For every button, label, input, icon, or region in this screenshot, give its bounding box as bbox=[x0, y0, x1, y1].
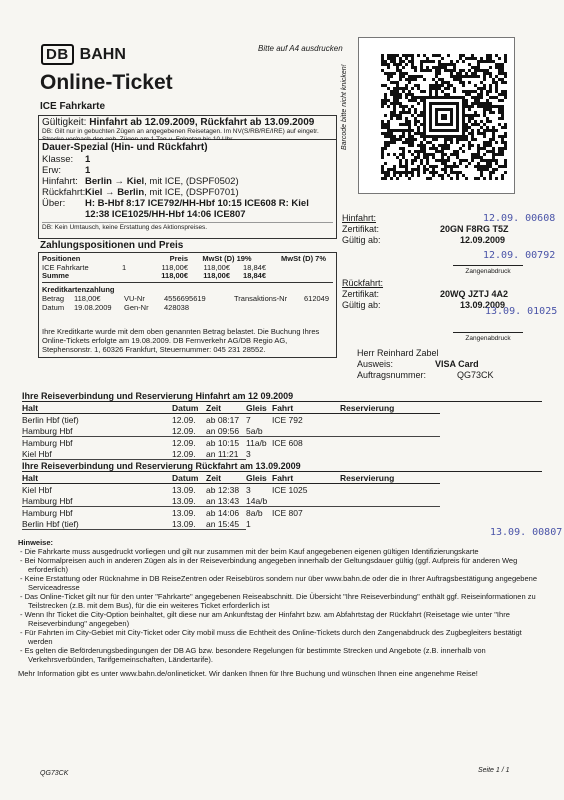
hinweis-item: - Die Fahrkarte muss ausgedruckt vorlieg… bbox=[18, 547, 546, 556]
hin-zert: 20GN F8RG T5Z bbox=[440, 224, 509, 235]
payment-info-box: Ihre Kreditkarte wurde mit dem oben gena… bbox=[38, 324, 337, 358]
hinweis-item: - Wenn Ihr Ticket die City-Option beinha… bbox=[18, 610, 546, 628]
table-cell bbox=[272, 518, 340, 530]
ticket-row: Erw:1 bbox=[42, 165, 333, 176]
passenger-name: Herr Reinhard Zabel bbox=[357, 348, 557, 359]
column-header: Reservierung bbox=[340, 472, 440, 484]
column-header: Zeit bbox=[206, 472, 246, 484]
vu-value: 4556695619 bbox=[164, 294, 234, 303]
table-cell: ab 10:15 bbox=[206, 437, 246, 449]
gen-value: 428038 bbox=[164, 303, 234, 312]
table-cell bbox=[340, 484, 440, 496]
column-header: Zeit bbox=[206, 402, 246, 414]
validity-box: Gültigkeit: Hinfahrt ab 12.09.2009, Rück… bbox=[38, 115, 337, 140]
ticket-row-label: Erw: bbox=[42, 165, 85, 176]
outbound-connection: Ihre Reiseverbindung und Reservierung Hi… bbox=[22, 391, 542, 460]
ticket-note: DB: Kein Umtausch, keine Erstattung des … bbox=[42, 222, 333, 232]
table-cell bbox=[340, 448, 440, 460]
datum-label: Datum bbox=[42, 303, 74, 312]
validity-label: Gültigkeit: bbox=[42, 117, 86, 128]
table-cell: ab 08:17 bbox=[206, 414, 246, 426]
footer-order-number: QG73CK bbox=[40, 770, 68, 777]
outbound-table: HaltDatumZeitGleisFahrtReservierungBerli… bbox=[22, 402, 440, 460]
return-connection: Ihre Reiseverbindung und Reservierung Rü… bbox=[22, 461, 542, 530]
table-cell bbox=[340, 495, 440, 507]
trans-label: Transaktions-Nr bbox=[234, 294, 304, 303]
table-cell: an 15:45 bbox=[206, 518, 246, 530]
datum-value: 19.08.2009 bbox=[74, 303, 124, 312]
hinweise-section: Hinweise: - Die Fahrkarte muss ausgedruc… bbox=[18, 538, 546, 678]
payment-sum-row: Summe 118,00€ 118,00€ 18,84€ bbox=[42, 272, 333, 283]
table-cell: 3 bbox=[246, 484, 272, 496]
validity-value: Hinfahrt ab 12.09.2009, Rückfahrt ab 13.… bbox=[89, 117, 314, 128]
trans-value: 612049 bbox=[304, 294, 334, 303]
table-cell: 3 bbox=[246, 448, 272, 460]
table-cell: an 11:21 bbox=[206, 448, 246, 460]
conductor-stamp-2: 12.09. 00792 bbox=[483, 250, 555, 261]
betrag-value: 118,00€ bbox=[74, 294, 124, 303]
table-cell bbox=[340, 518, 440, 530]
hinweise-list: - Die Fahrkarte muss ausgedruckt vorlieg… bbox=[18, 547, 546, 664]
passenger-info: Herr Reinhard Zabel Ausweis:VISA Card Au… bbox=[357, 348, 557, 381]
sum-net19: 118,00€ bbox=[188, 272, 230, 281]
table-cell: ICE 608 bbox=[272, 437, 340, 449]
table-cell: 13.09. bbox=[172, 495, 206, 507]
table-cell: Kiel Hbf bbox=[22, 484, 172, 496]
col-mwst7: MwSt (D) 7% bbox=[266, 255, 326, 264]
table-cell: 13.09. bbox=[172, 507, 206, 519]
barcode-frame bbox=[358, 37, 515, 194]
ticket-row-extra: , mit ICE, (DSPF0701) bbox=[144, 187, 239, 198]
offer-name: Dauer-Spezial (Hin- und Rückfahrt) bbox=[42, 142, 333, 154]
sum-tax19: 18,84€ bbox=[230, 272, 266, 281]
ausweis-label: Ausweis: bbox=[357, 359, 435, 370]
table-row: Kiel Hbf12.09.an 11:213 bbox=[22, 448, 440, 460]
hinweis-item: - Bei Normalpreisen auch in anderen Züge… bbox=[18, 556, 546, 574]
table-header-row: HaltDatumZeitGleisFahrtReservierung bbox=[22, 402, 440, 414]
hinweis-item: - Keine Erstattung oder Rücknahme in DB … bbox=[18, 574, 546, 592]
item-qty: 1 bbox=[122, 264, 146, 273]
table-cell: 13.09. bbox=[172, 484, 206, 496]
ticket-row-value: H: B-Hbf 8:17 ICE792/HH-Hbf 10:15 ICE608… bbox=[85, 198, 309, 220]
table-cell bbox=[340, 414, 440, 426]
zert-label: Zertifikat: bbox=[342, 224, 440, 235]
table-cell bbox=[272, 495, 340, 507]
table-row: Hamburg Hbf12.09.ab 10:1511a/bICE 608 bbox=[22, 437, 440, 449]
gen-label: Gen-Nr bbox=[124, 303, 164, 312]
table-cell: 12.09. bbox=[172, 437, 206, 449]
ticket-row: Klasse:1 bbox=[42, 154, 333, 165]
table-header-row: HaltDatumZeitGleisFahrtReservierung bbox=[22, 472, 440, 484]
conductor-stamp-1: 12.09. 00608 bbox=[483, 213, 555, 224]
table-cell: 12.09. bbox=[172, 414, 206, 426]
payment-box: Positionen Preis MwSt (D) 19% MwSt (D) 7… bbox=[38, 252, 337, 326]
column-header: Gleis bbox=[246, 472, 272, 484]
ticket-row-value: Kiel → Berlin bbox=[85, 187, 144, 198]
table-cell bbox=[340, 425, 440, 437]
page-title: Online-Ticket bbox=[40, 71, 173, 95]
ausweis-value: VISA Card bbox=[435, 359, 479, 370]
ticket-row: Über:H: B-Hbf 8:17 ICE792/HH-Hbf 10:15 I… bbox=[42, 198, 333, 220]
payment-info-text: Ihre Kreditkarte wurde mit dem oben gena… bbox=[42, 327, 319, 354]
table-cell: 8a/b bbox=[246, 507, 272, 519]
ticket-row-label: Hinfahrt: bbox=[42, 176, 85, 187]
ticket-type-heading: ICE Fahrkarte bbox=[40, 101, 105, 112]
table-cell: 14a/b bbox=[246, 495, 272, 507]
gueltig-label: Gültig ab: bbox=[342, 300, 460, 311]
sum-price: 118,00€ bbox=[146, 272, 188, 281]
card-details: Betrag 118,00€ VU-Nr 4556695619 Transakt… bbox=[42, 294, 333, 312]
table-cell: Hamburg Hbf bbox=[22, 425, 172, 437]
ticket-row-label: Über: bbox=[42, 198, 85, 220]
table-cell: 12.09. bbox=[172, 425, 206, 437]
ticket-row-extra: , mit ICE, (DSPF0502) bbox=[144, 176, 239, 187]
table-cell: ICE 792 bbox=[272, 414, 340, 426]
table-cell: Berlin Hbf (tief) bbox=[22, 518, 172, 530]
print-note: Bitte auf A4 ausdrucken bbox=[258, 44, 343, 53]
table-cell: Berlin Hbf (tief) bbox=[22, 414, 172, 426]
table-row: Kiel Hbf13.09.ab 12:383ICE 1025 bbox=[22, 484, 440, 496]
table-cell: Hamburg Hbf bbox=[22, 507, 172, 519]
ticket-row: Hinfahrt:Berlin → Kiel, mit ICE, (DSPF05… bbox=[42, 176, 333, 187]
column-header: Halt bbox=[22, 402, 172, 414]
table-cell bbox=[340, 507, 440, 519]
hinweis-item: - Für Fahrten im City-Gebiet mit City-Ti… bbox=[18, 628, 546, 646]
conductor-stamp-3: 13.09. 01025 bbox=[485, 306, 557, 317]
barcode-note: Barcode bitte nicht knicken! bbox=[341, 64, 348, 150]
zangen-label-1: Zangenabdruck bbox=[453, 265, 523, 275]
table-cell: an 13:43 bbox=[206, 495, 246, 507]
ticket-row-value: 1 bbox=[85, 154, 90, 165]
hinweise-title: Hinweise: bbox=[18, 538, 546, 547]
ticket-details-box: Dauer-Spezial (Hin- und Rückfahrt) Klass… bbox=[38, 140, 337, 239]
auftrag-value: QG73CK bbox=[457, 370, 494, 381]
db-logo-mark: DB bbox=[41, 44, 74, 65]
table-cell: Kiel Hbf bbox=[22, 448, 172, 460]
table-cell: an 09:56 bbox=[206, 425, 246, 437]
table-cell: 12.09. bbox=[172, 448, 206, 460]
ticket-row: Rückfahrt:Kiel → Berlin, mit ICE, (DSPF0… bbox=[42, 187, 333, 198]
card-heading: Kreditkartenzahlung bbox=[42, 285, 333, 294]
table-cell bbox=[272, 448, 340, 460]
table-cell: 13.09. bbox=[172, 518, 206, 530]
aztec-barcode bbox=[381, 54, 507, 180]
gueltig-label: Gültig ab: bbox=[342, 235, 460, 246]
footer-page-number: Seite 1 / 1 bbox=[478, 767, 510, 774]
db-bahn-logo: DB BAHN bbox=[41, 44, 126, 65]
table-row: Hamburg Hbf12.09.an 09:565a/b bbox=[22, 425, 440, 437]
table-row: Hamburg Hbf13.09.ab 14:068a/bICE 807 bbox=[22, 507, 440, 519]
outbound-title: Ihre Reiseverbindung und Reservierung Hi… bbox=[22, 391, 542, 402]
table-cell: 11a/b bbox=[246, 437, 272, 449]
table-row: Berlin Hbf (tief)13.09.an 15:451 bbox=[22, 518, 440, 530]
column-header: Datum bbox=[172, 402, 206, 414]
column-header: Fahrt bbox=[272, 402, 340, 414]
table-cell: ab 12:38 bbox=[206, 484, 246, 496]
auftrag-label: Auftragsnummer: bbox=[357, 370, 457, 381]
rueckfahrt-label: Rückfahrt: bbox=[342, 278, 552, 289]
rueck-zert: 20WQ JZTJ 4A2 bbox=[440, 289, 508, 300]
hinweis-item: - Das Online-Ticket gilt nur für den unt… bbox=[18, 592, 546, 610]
column-header: Gleis bbox=[246, 402, 272, 414]
table-cell: ICE 1025 bbox=[272, 484, 340, 496]
column-header: Datum bbox=[172, 472, 206, 484]
hin-gueltig: 12.09.2009 bbox=[460, 235, 505, 246]
bahn-wordmark: BAHN bbox=[80, 46, 126, 64]
column-header: Reservierung bbox=[340, 402, 440, 414]
sum-label: Summe bbox=[42, 272, 122, 281]
return-table: HaltDatumZeitGleisFahrtReservierungKiel … bbox=[22, 472, 440, 530]
hinweise-footer: Mehr Information gibt es unter www.bahn.… bbox=[18, 669, 546, 678]
table-cell: Hamburg Hbf bbox=[22, 437, 172, 449]
table-cell: 5a/b bbox=[246, 425, 272, 437]
table-cell: 1 bbox=[246, 518, 272, 530]
column-header: Halt bbox=[22, 472, 172, 484]
return-title: Ihre Reiseverbindung und Reservierung Rü… bbox=[22, 461, 542, 472]
ticket-row-label: Klasse: bbox=[42, 154, 85, 165]
table-cell: ab 14:06 bbox=[206, 507, 246, 519]
ticket-row-value: 1 bbox=[85, 165, 90, 176]
zangen-label-2: Zangenabdruck bbox=[453, 332, 523, 342]
table-cell: ICE 807 bbox=[272, 507, 340, 519]
ticket-row-value: Berlin → Kiel bbox=[85, 176, 144, 187]
payment-heading: Zahlungspositionen und Preis bbox=[40, 240, 183, 251]
zert-label: Zertifikat: bbox=[342, 289, 440, 300]
betrag-label: Betrag bbox=[42, 294, 74, 303]
ticket-row-label: Rückfahrt: bbox=[42, 187, 85, 198]
column-header: Fahrt bbox=[272, 472, 340, 484]
hinweis-item: - Es gelten die Beförderungsbedingungen … bbox=[18, 646, 546, 664]
vu-label: VU-Nr bbox=[124, 294, 164, 303]
table-cell: 7 bbox=[246, 414, 272, 426]
table-row: Hamburg Hbf13.09.an 13:4314a/b bbox=[22, 495, 440, 507]
table-row: Berlin Hbf (tief)12.09.ab 08:177ICE 792 bbox=[22, 414, 440, 426]
table-cell: Hamburg Hbf bbox=[22, 495, 172, 507]
table-cell bbox=[272, 425, 340, 437]
table-cell bbox=[340, 437, 440, 449]
